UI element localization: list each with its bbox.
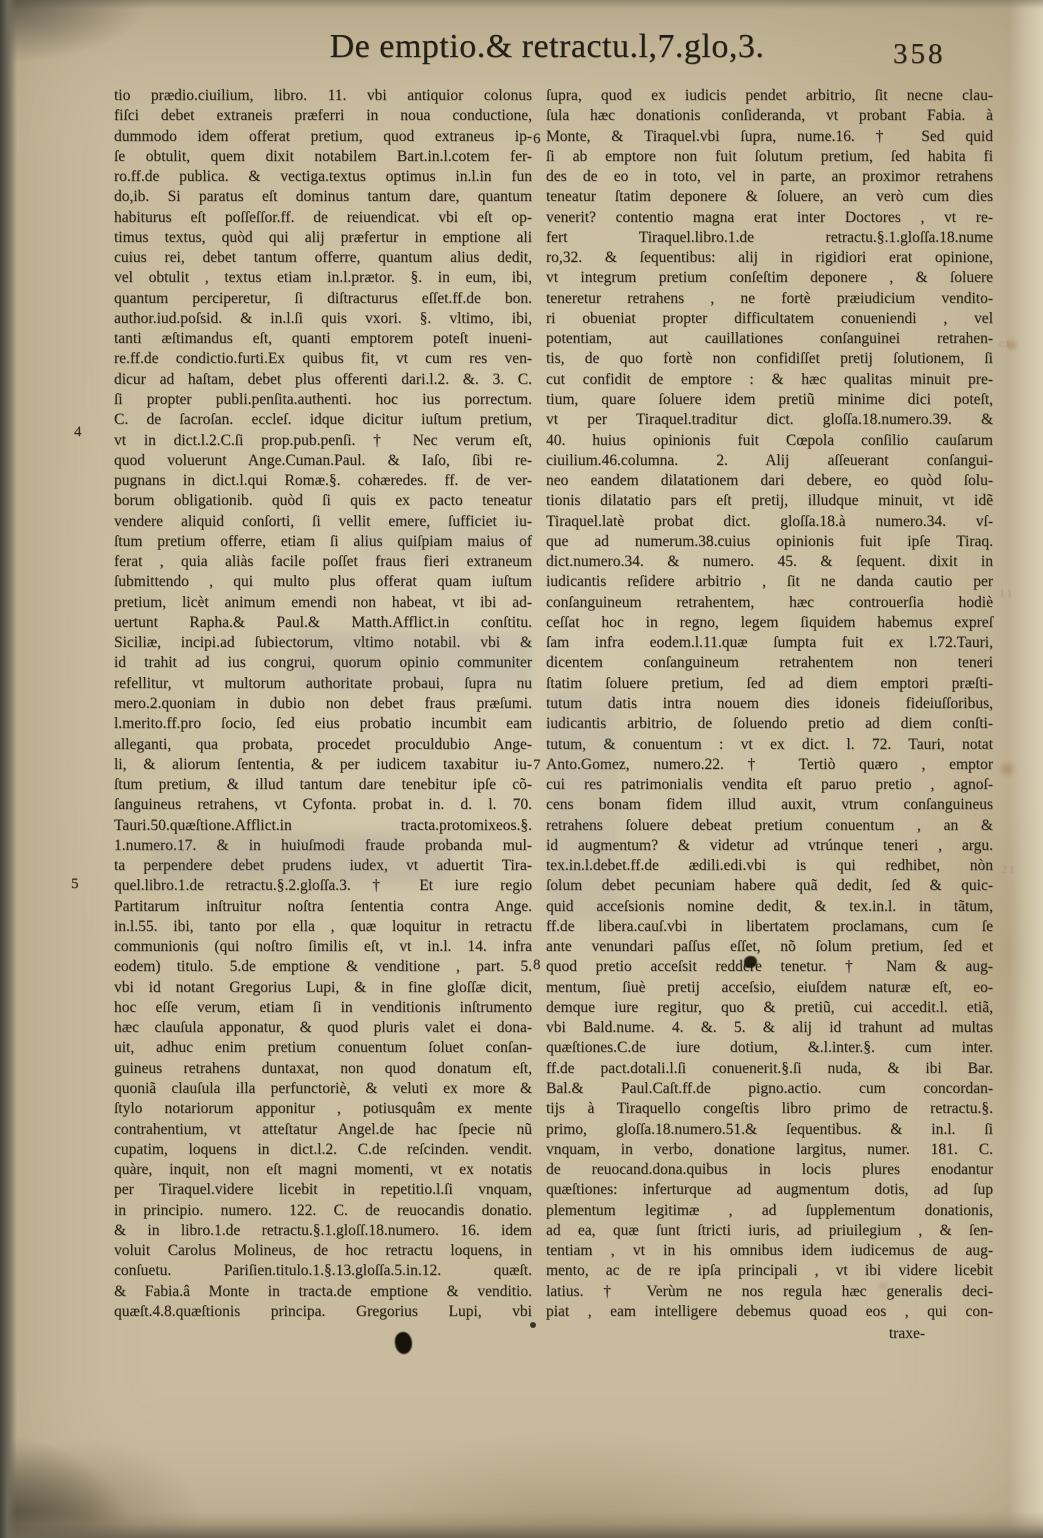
foxing-spot [876, 1280, 890, 1292]
text-line: hoc eſſe verum, etiam ſi in venditionis … [114, 998, 532, 1018]
ink-showthrough-smudge [360, 520, 530, 560]
text-line: fiſci debet extraneis præferri in noua c… [114, 106, 532, 126]
text-line: plementum legitimæ , ad ſupplementum don… [546, 1201, 993, 1221]
text-line: dicur ad haſtam, debet plus offerenti da… [114, 370, 532, 390]
text-line: li, & aliorum ſententia, & per iudicem t… [114, 755, 532, 775]
text-line: vbi Bald.nume. 4. &. 5. & alij id trahun… [546, 1018, 993, 1038]
text-line: ſupra, quod ex iudicis pendet arbitrio, … [546, 86, 993, 106]
page-edge-bottom [0, 1512, 1043, 1538]
text-line: des de eo in toto, vel in parte, an prox… [546, 167, 993, 187]
text-line: do,ib. Si paratus eſt dominus tantum dar… [114, 187, 532, 207]
text-line: quod pretio acceſsit reddere tenetur. † … [546, 957, 993, 977]
text-line: contrahentium, vt atteſtatur Angel.de ha… [114, 1120, 532, 1140]
text-line: guineus retrahens duntaxat, non quod don… [114, 1059, 532, 1079]
text-line: ſi ab emptore non fuit ſolutum pretium, … [546, 147, 993, 167]
text-line: alleganti, qua probata, procedet proculd… [114, 735, 532, 755]
text-line: C. de ſacroſan. eccleſ. idque dicitur iu… [114, 410, 532, 430]
foxing-spot [1004, 338, 1020, 352]
text-line: tentiam , vt in his omnibus idem iudicem… [546, 1241, 993, 1261]
text-line: vnquam, in verbo, donatione largitus, nu… [546, 1140, 993, 1160]
ink-showthrough-smudge [548, 690, 618, 920]
text-line: demque iure regitur, quo & pretiũ, cui a… [546, 998, 993, 1018]
text-line: latius. † Verùm ne nos regula hæc genera… [546, 1282, 993, 1302]
text-line: conſanguineum retrahentem, hæc controuer… [546, 593, 993, 613]
text-line: cuius rei, debet tantum offerre, quantum… [114, 248, 532, 268]
text-line: ciuilium.46.columna. 2. Alij aſſeuerant … [546, 451, 993, 471]
text-line: potentiam, aut cauillationes conſanguine… [546, 329, 993, 349]
text-line: re.ff.de condictio.furti.Ex quibus fit, … [114, 349, 532, 369]
text-line: borum obligationib. quòd ſi quis ex pact… [114, 491, 532, 511]
text-line: neo eandem dilatationem dari debere, eo … [546, 471, 993, 491]
text-line: dict.numero.34. & numero. 45. & ſequent.… [546, 552, 993, 572]
text-line: dummodo idem offerat pretium, quod extra… [114, 127, 532, 147]
ink-blot [393, 1330, 414, 1355]
text-line: ro,32. & ſequentibus: alij in rigidiori … [546, 248, 993, 268]
text-line: ſula hæc donationis conſideranda, vt pro… [546, 106, 993, 126]
text-line: ſe obtulit, quem dixit notabilem Bart.in… [114, 147, 532, 167]
text-line: quæſt.4.8.quæſtionis principa. Gregorius… [114, 1302, 532, 1322]
text-line: venerit? contentio magna erat inter Doct… [546, 208, 993, 228]
text-line: communionis (qui noſtro ſimilis eſt, vt … [114, 937, 532, 957]
margin-number-6: 6 [533, 131, 541, 148]
ink-showthrough-smudge [150, 833, 450, 885]
text-line: de reuocand.dona.quibus in locis plures … [546, 1160, 993, 1180]
text-line: quæſtiones.C.de iure dotium, &.l.inter.§… [546, 1038, 993, 1058]
text-line: & in libro.1.de retractu.§.1.gloſſ.18.nu… [114, 1221, 532, 1241]
text-line: author.iud.poſsid. & in.l.ſi quis vxori.… [114, 309, 532, 329]
text-line: tis, de quo fortè non confidiſſet pretij… [546, 349, 993, 369]
margin-number-5: 5 [71, 876, 79, 893]
text-line: teneatur ſtatim deponere & ſoluere, an v… [546, 187, 993, 207]
text-line: quæſtiones: inferturque ad augmentum dot… [546, 1180, 993, 1200]
text-line: habiturus eſt poſſeſſor.ff. de reiuendic… [114, 208, 532, 228]
text-line: tium, quare ſoluere idem pretiũ minime d… [546, 390, 993, 410]
text-line: 40. huius opinionis fuit Cœpola conſilio… [546, 431, 993, 451]
text-line: teneretur retrahens , ne fortè præiudici… [546, 289, 993, 309]
text-line: fert Tiraquel.libro.1.de retractu.§.1.gl… [546, 228, 993, 248]
text-line: quod voluerunt Ange.Cuman.Paul. & Iaſo, … [114, 451, 532, 471]
ink-showthrough-smudge [295, 632, 530, 690]
text-line: ſi propter publi.penſita.authenti. hoc i… [114, 390, 532, 410]
page-edge-left [0, 0, 17, 1538]
text-line: vel obtulit , textus etiam in.l.prætor. … [114, 268, 532, 288]
text-line: ſtylo notariorum apponitur , potiusquâm … [114, 1099, 532, 1119]
text-line: pretium, licèt animum emendi non habeat,… [114, 593, 532, 613]
text-line: Partitarum inſtruitur noſtra ſententia c… [114, 897, 532, 917]
text-line: ff.de libera.cauſ.vbi in libertatem proc… [546, 917, 993, 937]
page-edge-top [0, 0, 1043, 9]
text-line: ad ea, quæ ſunt ſtricti iuris, ad priuil… [546, 1221, 993, 1241]
text-line: ante venundari paſſus eſſet, nõ ſolum pr… [546, 937, 993, 957]
text-line: que ad numerum.38.cuius opinionis fuit i… [546, 532, 993, 552]
folio-page-number: 358 [893, 38, 946, 71]
text-line: quoniã clauſula illa perfunctoriè, & vel… [114, 1079, 532, 1099]
text-line: ſtum pretium, & illud tantum dare tenebi… [114, 775, 532, 795]
text-line: per Tiraquel.videre licebit in repetitio… [114, 1180, 532, 1200]
text-line: iudicantis reſidere arbitrio , ſit ne da… [546, 572, 993, 592]
text-line: voluit Carolus Molineus, de hoc retractu… [114, 1241, 532, 1261]
text-line: piat , eam intelligere debemus quoad eos… [546, 1302, 993, 1322]
text-line: vt integrum pretium conſeſtim deponere ,… [546, 268, 993, 288]
text-line: vt in dict.l.2.C.ſi prop.pub.penſi. † Ne… [114, 431, 532, 451]
text-line: eodem) titulo. 5.de emptione & vendition… [114, 957, 532, 977]
margin-number-7: 7 [533, 757, 541, 774]
text-line: quantum perciperetur, ſi diſtracturus eſ… [114, 289, 532, 309]
text-line: tanti æſtimandus eſt, quanti emptorem po… [114, 329, 532, 349]
text-line: ro.ff.de publica. & vectiga.textus optim… [114, 167, 532, 187]
text-line: timus textus, quòd qui alij præfertur in… [114, 228, 532, 248]
text-line: tionis dilatatio pars eſt pretij, illudq… [546, 491, 993, 511]
text-line: ceſſat hoc in regno, legem ſiquidem habe… [546, 613, 993, 633]
book-page-scan: De emptio.& retractu.l,7.glo,3. 358 tio … [0, 0, 1043, 1538]
text-line: ff.de pact.dotali.l.ſi conuenerit.§.ſi n… [546, 1059, 993, 1079]
catchword: traxe- [546, 1325, 993, 1343]
page-corner-shadow-top-left [0, 0, 150, 64]
text-line: pugnans in dict.l.qui Romæ.§. cohæredes.… [114, 471, 532, 491]
running-head-title: De emptio.& retractu.l,7.glo,3. [262, 28, 832, 66]
margin-number-4: 4 [74, 424, 82, 441]
text-line: l.merito.ff.pro ſocio, ſed eius probatio… [114, 714, 532, 734]
faint-margin-mark: 21 [1001, 862, 1017, 877]
text-line: tio prædio.ciuilium, libro. 11. vbi anti… [114, 86, 532, 106]
page-corner-shadow-bottom-left [0, 1438, 130, 1538]
text-line: ſubmittendo , qui multo plus offerat qua… [114, 572, 532, 592]
text-column-left: tio prædio.ciuilium, libro. 11. vbi anti… [114, 86, 532, 1322]
text-line: hæc clauſula apponatur, & quod pluris va… [114, 1018, 532, 1038]
text-line: in principio. numero. 122. C. de reuocan… [114, 1201, 532, 1221]
text-line: uit, adhuc enim pretium conuentum ſoluet… [114, 1038, 532, 1058]
text-line: quàre, inquit, non eſt magni momenti, vt… [114, 1160, 532, 1180]
text-line: Bal.& Paul.Caſt.ff.de pigno.actio. cum c… [546, 1079, 993, 1099]
text-line: tijs à Tiraquello congeſtis libro primo … [546, 1099, 993, 1119]
faint-margin-mark: 11 [999, 586, 1015, 601]
text-line: vbi id notant Gregorius Lupi, & in fine … [114, 978, 532, 998]
text-line: vt per Tiraquel.traditur dict. gloſſa.18… [546, 410, 993, 430]
text-line: mentum, ſiuè pretij acceſsio, eiuſdem na… [546, 978, 993, 998]
text-line: cut confidit de emptore : & hæc qualitas… [546, 370, 993, 390]
text-line: mero.2.quoniam in dubio non debet fraus … [114, 694, 532, 714]
foxing-spot [998, 760, 1018, 778]
text-line: dicentem conſanguineum retrahentem non t… [546, 653, 993, 673]
text-line: & Fabia.â Monte in tracta.de emptione & … [114, 1282, 532, 1302]
text-line: conſuetu. Pariſien.titulo.1.§.13.gloſſa.… [114, 1261, 532, 1281]
text-line: Monte, & Tiraquel.vbi ſupra, nume.16. † … [546, 127, 993, 147]
margin-number-8: 8 [533, 957, 541, 974]
text-line: mento, ac de re ipſa principali , vt ibi… [546, 1261, 993, 1281]
text-line: ri obueniat propter difficultatem conuen… [546, 309, 993, 329]
text-line: in.l.55. ibi, tanto por ella , quæ loqui… [114, 917, 532, 937]
text-line: cupatim, loquens in dict.l.2. C.de reſci… [114, 1140, 532, 1160]
text-line: ſanguineus retrahens, vt Cyfonta. probat… [114, 795, 532, 815]
text-line: uertunt Rapha.& Paul.& Matth.Afflict.in … [114, 613, 532, 633]
text-line: Tiraquel.latè probat dict. gloſſa.18.à n… [546, 512, 993, 532]
text-line: ſam infra eodem.l.11.quæ ſumpta fuit ex … [546, 633, 993, 653]
text-line: primo, gloſſa.18.numero.51.& ſequentibus… [546, 1120, 993, 1140]
ink-blot [530, 1322, 536, 1328]
